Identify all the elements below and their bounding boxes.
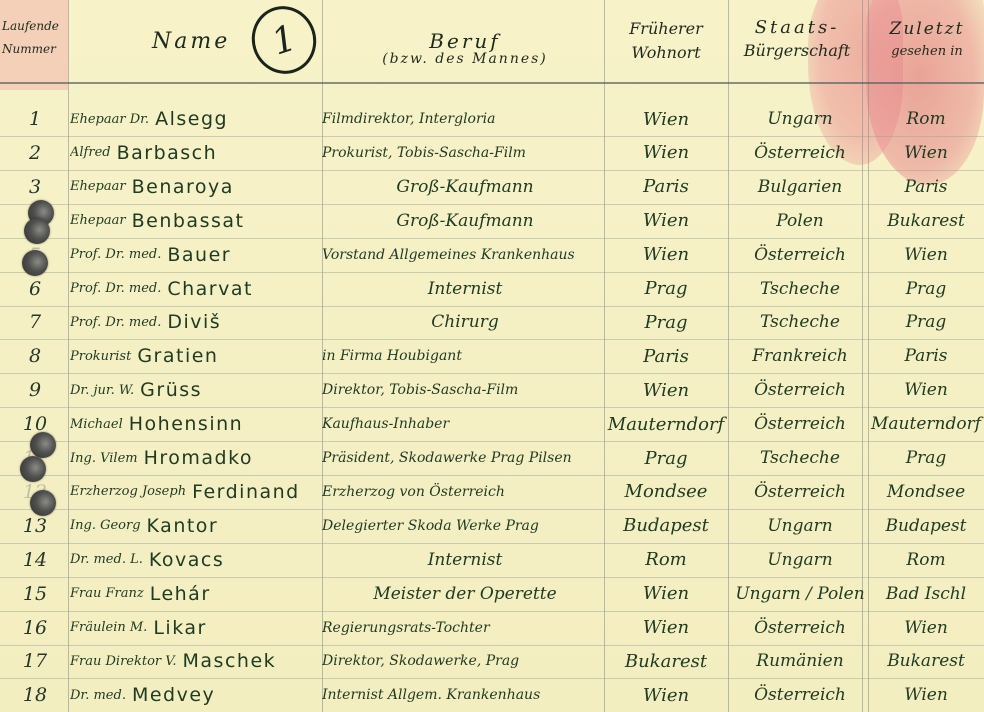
- row-name: AlfredBarbasch: [70, 136, 320, 170]
- row-last-seen: Budapest: [868, 509, 984, 543]
- column-divider: [68, 0, 69, 712]
- name-prefix: Ehepaar: [70, 213, 126, 228]
- surname: Hohensinn: [129, 413, 243, 435]
- name-prefix: Frau Franz: [70, 586, 144, 601]
- row-last-seen: Rom: [868, 543, 984, 577]
- row-citizenship: Bulgarien: [730, 170, 870, 204]
- row-name: Prof. Dr. med.Bauer: [70, 238, 320, 272]
- row-occupation: Delegierter Skoda Werke Prag: [322, 509, 608, 543]
- row-last-seen: Wien: [868, 611, 984, 645]
- row-name: EhepaarBenbassat: [70, 204, 320, 238]
- name-prefix: Ehepaar Dr.: [70, 112, 149, 127]
- row-name: Dr. med. L.Kovacs: [70, 543, 320, 577]
- row-number: 18: [10, 678, 60, 712]
- row-citizenship: Rumänien: [730, 644, 870, 678]
- row-occupation: Groß-Kaufmann: [322, 204, 608, 238]
- name-prefix: Ing. Vilem: [70, 451, 138, 466]
- row-citizenship: Ungarn: [730, 102, 870, 136]
- row-name: Dr. med.Medvey: [70, 678, 320, 712]
- name-prefix: Ehepaar: [70, 179, 126, 194]
- surname: Diviš: [167, 311, 221, 333]
- header-former-residence: Früherer Wohnort: [606, 20, 726, 61]
- row-citizenship: Ungarn: [730, 509, 870, 543]
- surname: Maschek: [183, 650, 277, 672]
- row-name: Dr. jur. W.Grüss: [70, 373, 320, 407]
- row-name: ProkuristGratien: [70, 339, 320, 373]
- header-rule: [0, 82, 984, 84]
- row-last-seen: Prag: [868, 272, 984, 306]
- row-name: Fräulein M.Likar: [70, 611, 320, 645]
- row-former-residence: Wien: [604, 678, 728, 712]
- row-name: Erzherzog JosephFerdinand: [70, 475, 320, 509]
- column-divider: [728, 0, 729, 712]
- row-citizenship: Österreich: [730, 611, 870, 645]
- punch-hole: [22, 250, 48, 276]
- row-former-residence: Wien: [604, 577, 728, 611]
- header-number-line2: Nummer: [2, 43, 68, 56]
- row-name: EhepaarBenaroya: [70, 170, 320, 204]
- row-number: 16: [10, 611, 60, 645]
- surname: Medvey: [132, 684, 215, 706]
- row-last-seen: Wien: [868, 373, 984, 407]
- row-last-seen: Mauterndorf: [868, 407, 984, 441]
- punch-hole: [30, 432, 56, 458]
- name-prefix: Dr. med.: [70, 688, 126, 703]
- row-former-residence: Wien: [604, 611, 728, 645]
- row-former-residence: Mondsee: [604, 475, 728, 509]
- name-prefix: Prof. Dr. med.: [70, 281, 161, 296]
- surname: Alsegg: [155, 108, 228, 130]
- header-citizenship-line2: Bürgerschaft: [732, 42, 862, 60]
- punch-hole: [30, 490, 56, 516]
- row-occupation: Filmdirektor, Intergloria: [322, 102, 608, 136]
- row-last-seen: Rom: [868, 102, 984, 136]
- header-former-line2: Wohnort: [606, 44, 726, 62]
- surname: Grüss: [140, 379, 202, 401]
- row-last-seen: Bukarest: [868, 644, 984, 678]
- name-prefix: Erzherzog Joseph: [70, 484, 186, 499]
- row-citizenship: Ungarn: [730, 543, 870, 577]
- row-last-seen: Bad Ischl: [868, 577, 984, 611]
- header-citizenship: Staats- Bürgerschaft: [732, 18, 862, 59]
- row-citizenship: Österreich: [730, 136, 870, 170]
- row-name: Prof. Dr. med.Charvat: [70, 272, 320, 306]
- surname: Ferdinand: [192, 481, 300, 503]
- row-name: MichaelHohensinn: [70, 407, 320, 441]
- row-former-residence: Prag: [604, 305, 728, 339]
- row-occupation: Vorstand Allgemeines Krankenhaus: [322, 238, 608, 272]
- row-former-residence: Wien: [604, 238, 728, 272]
- surname: Hromadko: [144, 447, 253, 469]
- row-former-residence: Budapest: [604, 509, 728, 543]
- row-occupation: Regierungsrats-Tochter: [322, 611, 608, 645]
- surname: Benbassat: [132, 210, 245, 232]
- row-citizenship: Österreich: [730, 373, 870, 407]
- surname: Lehár: [150, 583, 211, 605]
- row-last-seen: Wien: [868, 136, 984, 170]
- row-number: 17: [10, 644, 60, 678]
- row-number: 8: [10, 339, 60, 373]
- row-last-seen: Wien: [868, 678, 984, 712]
- punch-hole: [20, 456, 46, 482]
- row-name: Frau Direktor V.Maschek: [70, 644, 320, 678]
- row-last-seen: Wien: [868, 238, 984, 272]
- row-former-residence: Rom: [604, 543, 728, 577]
- name-prefix: Ing. Georg: [70, 518, 141, 533]
- surname: Kovacs: [149, 549, 224, 571]
- row-former-residence: Wien: [604, 204, 728, 238]
- row-occupation: Kaufhaus-Inhaber: [322, 407, 608, 441]
- row-occupation: Groß-Kaufmann: [322, 170, 608, 204]
- header-last-seen-line1: Zuletzt: [870, 20, 984, 39]
- row-occupation: Direktor, Tobis-Sascha-Film: [322, 373, 608, 407]
- row-number: 9: [10, 373, 60, 407]
- row-last-seen: Paris: [868, 170, 984, 204]
- row-citizenship: Österreich: [730, 475, 870, 509]
- row-name: Prof. Dr. med.Diviš: [70, 305, 320, 339]
- row-number: 7: [10, 305, 60, 339]
- row-occupation: in Firma Houbigant: [322, 339, 608, 373]
- ledger-page: Laufende Nummer Name 1 Beruf (bzw. des M…: [0, 0, 984, 712]
- header-job: Beruf (bzw. des Mannes): [330, 30, 600, 67]
- row-occupation: Direktor, Skodawerke, Prag: [322, 644, 608, 678]
- punch-hole: [24, 218, 50, 244]
- name-prefix: Prof. Dr. med.: [70, 247, 161, 262]
- row-citizenship: Österreich: [730, 678, 870, 712]
- row-citizenship: Österreich: [730, 238, 870, 272]
- row-last-seen: Paris: [868, 339, 984, 373]
- row-former-residence: Wien: [604, 102, 728, 136]
- row-former-residence: Paris: [604, 339, 728, 373]
- row-citizenship: Tscheche: [730, 441, 870, 475]
- name-prefix: Alfred: [70, 145, 111, 160]
- row-occupation: Präsident, Skodawerke Prag Pilsen: [322, 441, 608, 475]
- name-prefix: Dr. jur. W.: [70, 383, 134, 398]
- row-citizenship: Österreich: [730, 407, 870, 441]
- header-last-seen: Zuletzt gesehen in: [870, 20, 984, 59]
- row-citizenship: Tscheche: [730, 305, 870, 339]
- row-citizenship: Tscheche: [730, 272, 870, 306]
- row-former-residence: Paris: [604, 170, 728, 204]
- row-occupation: Erzherzog von Österreich: [322, 475, 608, 509]
- name-prefix: Prof. Dr. med.: [70, 315, 161, 330]
- header-last-seen-line2: gesehen in: [870, 45, 984, 59]
- row-occupation: Meister der Operette: [322, 577, 608, 611]
- row-number: 15: [10, 577, 60, 611]
- surname: Benaroya: [132, 176, 234, 198]
- row-number: 6: [10, 272, 60, 306]
- row-former-residence: Mauterndorf: [604, 407, 728, 441]
- row-name: Frau FranzLehár: [70, 577, 320, 611]
- row-last-seen: Prag: [868, 441, 984, 475]
- surname: Bauer: [167, 244, 231, 266]
- name-prefix: Prokurist: [70, 349, 131, 364]
- row-former-residence: Prag: [604, 441, 728, 475]
- header-citizenship-line1: Staats-: [732, 18, 862, 38]
- row-former-residence: Bukarest: [604, 644, 728, 678]
- surname: Likar: [153, 617, 207, 639]
- header-name: Name: [152, 30, 230, 54]
- header-number: Laufende Nummer: [2, 20, 68, 56]
- surname: Kantor: [147, 515, 219, 537]
- row-name: Ehepaar Dr.Alsegg: [70, 102, 320, 136]
- header-former-line1: Früherer: [606, 20, 726, 38]
- header-job-line2: (bzw. des Mannes): [330, 52, 600, 67]
- name-prefix: Fräulein M.: [70, 620, 147, 635]
- circled-page-mark: 1: [243, 0, 325, 82]
- row-number: 3: [10, 170, 60, 204]
- row-occupation: Internist Allgem. Krankenhaus: [322, 678, 608, 712]
- surname: Barbasch: [117, 142, 218, 164]
- row-former-residence: Prag: [604, 272, 728, 306]
- row-former-residence: Wien: [604, 373, 728, 407]
- row-occupation: Internist: [322, 543, 608, 577]
- surname: Gratien: [137, 345, 218, 367]
- row-occupation: Internist: [322, 272, 608, 306]
- row-occupation: Prokurist, Tobis-Sascha-Film: [322, 136, 608, 170]
- row-name: Ing. VilemHromadko: [70, 441, 320, 475]
- surname: Charvat: [167, 278, 253, 300]
- row-citizenship: Ungarn / Polen: [730, 577, 870, 611]
- row-citizenship: Polen: [730, 204, 870, 238]
- header-number-line1: Laufende: [2, 20, 68, 33]
- name-prefix: Michael: [70, 417, 123, 432]
- row-name: Ing. GeorgKantor: [70, 509, 320, 543]
- row-former-residence: Wien: [604, 136, 728, 170]
- row-occupation: Chirurg: [322, 305, 608, 339]
- header-job-line1: Beruf: [330, 30, 600, 52]
- row-last-seen: Bukarest: [868, 204, 984, 238]
- name-prefix: Frau Direktor V.: [70, 654, 177, 669]
- row-last-seen: Mondsee: [868, 475, 984, 509]
- row-last-seen: Prag: [868, 305, 984, 339]
- row-number: 14: [10, 543, 60, 577]
- row-citizenship: Frankreich: [730, 339, 870, 373]
- name-prefix: Dr. med. L.: [70, 552, 143, 567]
- row-number: 1: [10, 102, 60, 136]
- row-number: 2: [10, 136, 60, 170]
